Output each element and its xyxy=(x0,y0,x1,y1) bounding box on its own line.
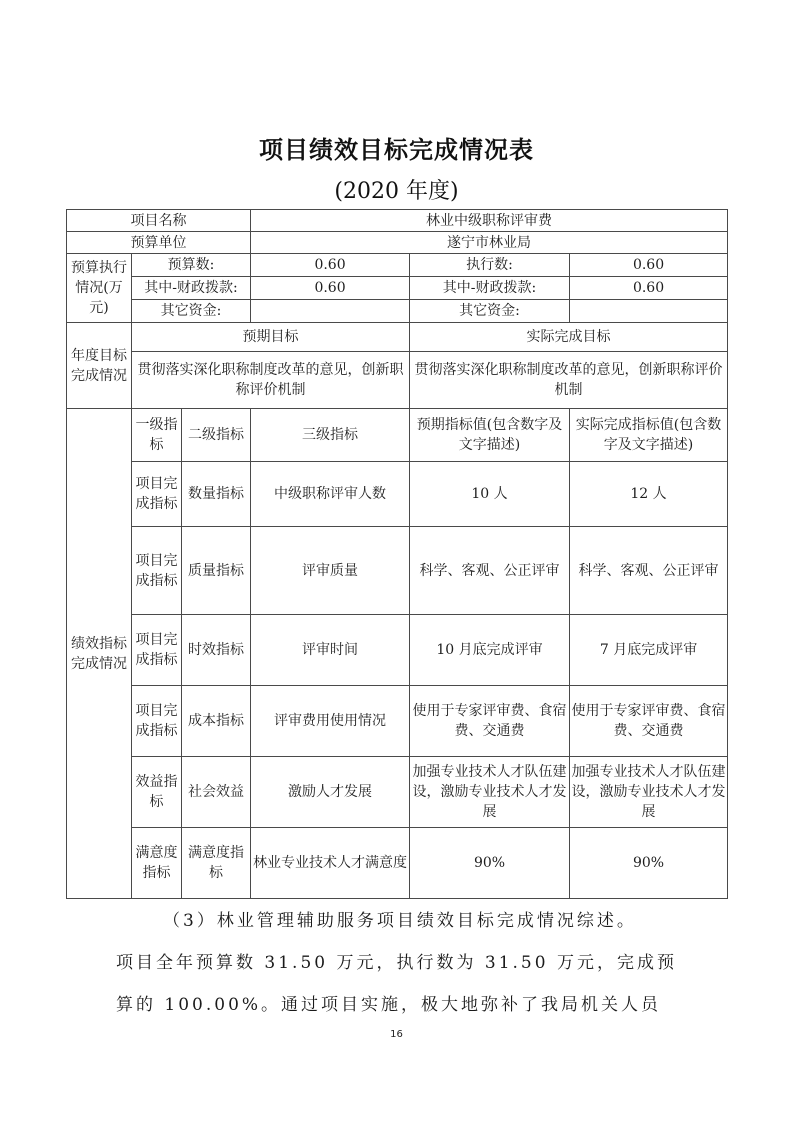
header-actual: 实际完成指标值(包含数字及文字描述) xyxy=(570,409,728,462)
expected-cell: 90% xyxy=(410,828,570,899)
page-number: 16 xyxy=(0,1029,793,1040)
project-name-label: 项目名称 xyxy=(67,210,251,232)
indicator-row: 项目完成指标 成本指标 评审费用使用情况 使用于专家评审费、食宿费、交通费 使用… xyxy=(67,686,728,757)
level1-cell: 项目完成指标 xyxy=(132,527,182,615)
actual-goal-header: 实际完成目标 xyxy=(410,323,728,352)
exec-value: 0.60 xyxy=(570,254,728,277)
indicator-row: 项目完成指标 质量指标 评审质量 科学、客观、公正评审 科学、客观、公正评审 xyxy=(67,527,728,615)
row-project-name: 项目名称 林业中级职称评审费 xyxy=(67,210,728,232)
budget-unit-label: 预算单位 xyxy=(67,232,251,254)
other-label-left: 其它资金: xyxy=(132,300,251,323)
row-fiscal: 其中-财政拨款: 0.60 其中-财政拨款: 0.60 xyxy=(67,277,728,300)
actual-cell: 7 月底完成评审 xyxy=(570,615,728,686)
level1-cell: 项目完成指标 xyxy=(132,686,182,757)
expected-cell: 加强专业技术人才队伍建设，激励专业技术人才发展 xyxy=(410,757,570,828)
level3-cell: 评审费用使用情况 xyxy=(251,686,410,757)
expected-goal-text: 贯彻落实深化职称制度改革的意见，创新职称评价机制 xyxy=(132,352,410,409)
level3-cell: 激励人才发展 xyxy=(251,757,410,828)
fiscal-value-left: 0.60 xyxy=(251,277,410,300)
level2-cell: 社会效益 xyxy=(182,757,251,828)
project-name-value: 林业中级职称评审费 xyxy=(251,210,728,232)
row-indicator-headers: 绩效指标完成情况 一级指标 二级指标 三级指标 预期指标值(包含数字及文字描述)… xyxy=(67,409,728,462)
actual-goal-text: 贯彻落实深化职称制度改革的意见，创新职称评价机制 xyxy=(410,352,728,409)
row-goal-headers: 年度目标完成情况 预期目标 实际完成目标 xyxy=(67,323,728,352)
fiscal-label-right: 其中-财政拨款: xyxy=(410,277,570,300)
level2-cell: 成本指标 xyxy=(182,686,251,757)
actual-cell: 使用于专家评审费、食宿费、交通费 xyxy=(570,686,728,757)
level1-cell: 项目完成指标 xyxy=(132,462,182,527)
level2-cell: 满意度指标 xyxy=(182,828,251,899)
row-other-funds: 其它资金: 其它资金: xyxy=(67,300,728,323)
document-subtitle: (2020 年度) xyxy=(0,174,793,205)
indicator-row: 项目完成指标 时效指标 评审时间 10 月底完成评审 7 月底完成评审 xyxy=(67,615,728,686)
actual-cell: 90% xyxy=(570,828,728,899)
other-value-right xyxy=(570,300,728,323)
header-expected: 预期指标值(包含数字及文字描述) xyxy=(410,409,570,462)
header-level1: 一级指标 xyxy=(132,409,182,462)
paragraph-line-1: （3）林业管理辅助服务项目绩效目标完成情况综述。 xyxy=(163,906,763,931)
level1-cell: 效益指标 xyxy=(132,757,182,828)
other-label-right: 其它资金: xyxy=(410,300,570,323)
expected-cell: 使用于专家评审费、食宿费、交通费 xyxy=(410,686,570,757)
indicator-row: 效益指标 社会效益 激励人才发展 加强专业技术人才队伍建设，激励专业技术人才发展… xyxy=(67,757,728,828)
expected-cell: 10 人 xyxy=(410,462,570,527)
level2-cell: 质量指标 xyxy=(182,527,251,615)
other-value-left xyxy=(251,300,410,323)
indicator-row: 项目完成指标 数量指标 中级职称评审人数 10 人 12 人 xyxy=(67,462,728,527)
row-budget: 预算执行情况(万元) 预算数: 0.60 执行数: 0.60 xyxy=(67,254,728,277)
row-budget-unit: 预算单位 遂宁市林业局 xyxy=(67,232,728,254)
paragraph-line-2: 项目全年预算数 31.50 万元，执行数为 31.50 万元，完成预 xyxy=(116,948,716,973)
header-level2: 二级指标 xyxy=(182,409,251,462)
fiscal-label-left: 其中-财政拨款: xyxy=(132,277,251,300)
expected-cell: 10 月底完成评审 xyxy=(410,615,570,686)
row-goal-text: 贯彻落实深化职称制度改革的意见，创新职称评价机制 贯彻落实深化职称制度改革的意见… xyxy=(67,352,728,409)
level3-cell: 评审时间 xyxy=(251,615,410,686)
actual-cell: 加强专业技术人才队伍建设，激励专业技术人才发展 xyxy=(570,757,728,828)
actual-cell: 12 人 xyxy=(570,462,728,527)
document-title: 项目绩效目标完成情况表 xyxy=(0,130,793,165)
indicators-group-label: 绩效指标完成情况 xyxy=(67,409,132,899)
budget-label: 预算数: xyxy=(132,254,251,277)
paragraph-line-3: 算的 100.00%。通过项目实施，极大地弥补了我局机关人员 xyxy=(116,990,716,1015)
level1-cell: 满意度指标 xyxy=(132,828,182,899)
budget-value: 0.60 xyxy=(251,254,410,277)
level2-cell: 时效指标 xyxy=(182,615,251,686)
expected-cell: 科学、客观、公正评审 xyxy=(410,527,570,615)
header-level3: 三级指标 xyxy=(251,409,410,462)
fiscal-value-right: 0.60 xyxy=(570,277,728,300)
level3-cell: 林业专业技术人才满意度 xyxy=(251,828,410,899)
expected-goal-header: 预期目标 xyxy=(132,323,410,352)
budget-unit-value: 遂宁市林业局 xyxy=(251,232,728,254)
budget-exec-group-label: 预算执行情况(万元) xyxy=(67,254,132,323)
performance-table: 项目名称 林业中级职称评审费 预算单位 遂宁市林业局 预算执行情况(万元) 预算… xyxy=(66,209,728,899)
level1-cell: 项目完成指标 xyxy=(132,615,182,686)
level3-cell: 中级职称评审人数 xyxy=(251,462,410,527)
actual-cell: 科学、客观、公正评审 xyxy=(570,527,728,615)
level3-cell: 评审质量 xyxy=(251,527,410,615)
exec-label: 执行数: xyxy=(410,254,570,277)
indicator-row: 满意度指标 满意度指标 林业专业技术人才满意度 90% 90% xyxy=(67,828,728,899)
level2-cell: 数量指标 xyxy=(182,462,251,527)
annual-goal-group-label: 年度目标完成情况 xyxy=(67,323,132,409)
